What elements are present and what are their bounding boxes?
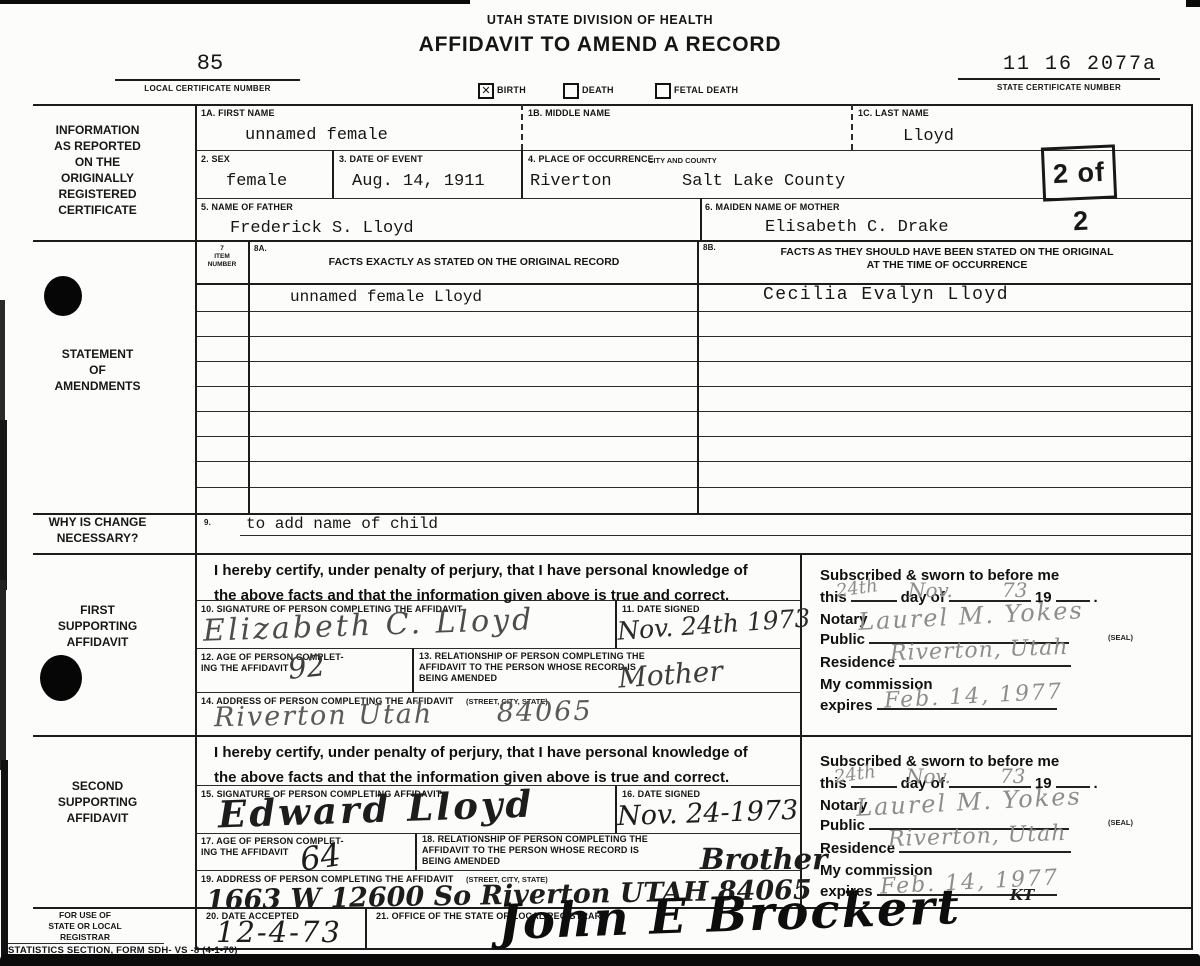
rule [33,735,1193,737]
scan-edge [1,760,8,960]
rule [415,833,417,870]
address-1-value: Riverton Utah 84065 [214,696,593,734]
first-name-value: unnamed female [245,126,388,145]
rule [521,104,523,150]
col-a-label: FACTS EXACTLY AS STATED ON THE ORIGINAL … [258,256,690,268]
last-name-value: Lloyd [903,127,954,146]
rule [851,104,853,150]
state-certificate-label: STATE CERTIFICATE NUMBER [958,83,1160,93]
rule [195,311,1193,312]
scan-edge [0,420,7,590]
amendment-original-value: unnamed female Lloyd [290,288,482,306]
sidebar-second-affidavit: SECOND SUPPORTING AFFIDAVIT [10,778,185,826]
place-label: 4. PLACE OF OCCURRENCE [528,154,654,165]
rule [700,198,702,240]
rule [195,283,1193,285]
sidebar-original-info: INFORMATION AS REPORTED ON THE ORIGINALL… [10,122,185,218]
scan-edge [0,954,1200,966]
col-b-label: FACTS AS THEY SHOULD HAVE BEEN STATED ON… [712,246,1182,272]
rule [195,336,1193,337]
scan-edge [0,300,5,430]
rule [958,78,1160,80]
rule [195,411,1193,412]
affidavit-document: UTAH STATE DIVISION OF HEALTH AFFIDAVIT … [0,0,1200,966]
rule [115,79,300,81]
sidebar-why-change: WHY IS CHANGE NECESSARY? [10,514,185,546]
sex-label: 2. SEX [201,154,230,165]
rule [248,240,250,513]
notary-2-month: Nov. [906,764,951,788]
why-change-number: 9. [204,517,211,528]
rule [521,150,523,198]
page-stamp: 2 of 2 [1041,144,1117,201]
scan-edge [1186,0,1200,7]
sex-value: female [226,172,287,191]
place-city-value: Riverton [530,172,612,191]
relationship-1-value: Mother [617,654,724,694]
date-of-event-value: Aug. 14, 1911 [352,172,485,191]
sidebar-first-affidavit: FIRST SUPPORTING AFFIDAVIT [10,602,185,650]
death-checkbox-label: DEATH [582,84,614,96]
relationship-1-label: 13. RELATIONSHIP OF PERSON COMPLETING TH… [419,651,645,684]
rule [412,648,414,692]
notary-1-seal: (SEAL) [1108,633,1133,642]
rule [195,436,1193,437]
registrar-annotation: KT [1010,886,1034,904]
why-change-value: to add name of child [246,515,438,533]
place-county-value: Salt Lake County [682,172,845,191]
fetal-death-checkbox [655,83,671,99]
rule [195,692,800,693]
item-number-label: 7 ITEM NUMBER [197,245,247,269]
birth-checkbox: ✕ [478,83,494,99]
birth-checkbox-label: BIRTH [497,84,526,96]
scan-edge [0,0,470,4]
rule [195,361,1193,362]
relationship-2-label: 18. RELATIONSHIP OF PERSON COMPLETING TH… [422,834,648,867]
notary-2-residence-label: Residence [820,840,895,857]
state-certificate-number: 11 16 2077a [990,53,1170,76]
last-name-label: 1C. LAST NAME [858,108,929,119]
rule [33,104,1193,106]
middle-name-label: 1B. MIDDLE NAME [528,108,610,119]
rule [240,535,1193,536]
rule [195,948,1193,950]
age-2-value: 64 [298,835,344,878]
rule [195,461,1193,462]
mother-value: Elisabeth C. Drake [765,218,949,237]
first-name-label: 1A. FIRST NAME [201,108,275,119]
agency-title: UTAH STATE DIVISION OF HEALTH [0,13,1200,28]
notary-2-seal: (SEAL) [1108,818,1133,827]
father-value: Frederick S. Lloyd [230,219,414,238]
local-certificate-number: 85 [150,51,270,76]
rule [195,104,197,948]
col-a-number: 8A. [254,243,267,254]
date-accepted-value: 12-4-73 [216,915,342,949]
notary-1-expires-label: expires [820,697,873,714]
scan-edge [0,580,6,770]
sidebar-registrar: FOR USE OF STATE OR LOCAL REGISTRAR [10,910,160,943]
date-signed-2-value: Nov. 24-1973 [617,795,799,832]
rule [33,513,1193,515]
fetal-death-checkbox-label: FETAL DEATH [674,84,738,96]
notary-1-residence-label: Residence [820,654,895,671]
hole-punch [40,655,82,701]
rule [195,386,1193,387]
local-certificate-label: LOCAL CERTIFICATE NUMBER [115,84,300,94]
death-checkbox [563,83,579,99]
father-label: 5. NAME OF FATHER [201,202,293,213]
amendment-corrected-value: Cecilia Evalyn Lloyd [763,285,1009,305]
notary-1-month: Nov. [908,578,953,602]
sidebar-amendments: STATEMENT OF AMENDMENTS [10,346,185,394]
rule [33,240,1193,242]
rule [1191,104,1193,948]
certify-text-1: I hereby certify, under penalty of perju… [214,558,748,608]
relationship-2-value: Brother [700,842,827,876]
mother-label: 6. MAIDEN NAME OF MOTHER [705,202,840,213]
rule [195,648,800,649]
rule [195,487,1193,488]
rule [697,240,699,513]
hole-punch [44,276,82,316]
rule [332,150,334,198]
place-sublabel: CITY AND COUNTY [648,156,717,165]
date-of-event-label: 3. DATE OF EVENT [339,154,423,165]
rule [33,553,1193,555]
age-1-value: 92 [286,648,326,686]
